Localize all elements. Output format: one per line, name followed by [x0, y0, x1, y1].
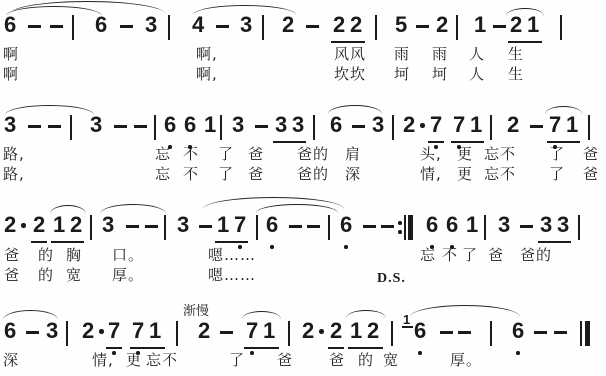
lyric-syllable: 厚。 [450, 352, 482, 369]
rhythm-dot [420, 123, 425, 128]
lyric-syllable: 不 [183, 166, 199, 183]
beam-line [130, 347, 165, 349]
lyric-syllable: 爸 [329, 352, 345, 369]
octave-dot [250, 351, 254, 355]
lyric-syllable: 忘不 [484, 166, 516, 183]
barline [490, 321, 492, 346]
note-digit: 3 [177, 214, 189, 236]
lyric-syllable: 嗯…… [208, 267, 256, 284]
lyric-syllable: 了 [229, 352, 245, 369]
barline [578, 215, 580, 240]
note-digit: 3 [540, 214, 552, 236]
rhythm-dot [99, 329, 104, 334]
lyric-syllable: 厚。 [112, 267, 144, 284]
note-digit: 3 [557, 214, 569, 236]
duration-dash [458, 331, 471, 334]
barline [313, 115, 315, 140]
lyric-syllable: 爸 [4, 267, 20, 284]
note-digit: 2 [70, 214, 82, 236]
duration-dash [530, 125, 543, 128]
note-digit: 6 [164, 114, 176, 136]
note-digit: 5 [395, 14, 407, 36]
beam-line [273, 141, 306, 143]
duration-dash [493, 25, 506, 28]
lyric-syllable: 忘不 [146, 352, 178, 369]
lyric-syllable: 坎坎 [334, 66, 366, 83]
lyric-syllable: 宽 [383, 352, 399, 369]
slur [193, 5, 296, 15]
duration-dash [534, 331, 547, 334]
barline [72, 15, 74, 40]
lyric-syllable: 爸 [583, 146, 599, 163]
grace-note-beam [402, 326, 413, 328]
note-digit: 2 [330, 320, 342, 342]
lyric-syllable: 雨 [432, 46, 448, 63]
lyric-syllable: 头, [420, 146, 442, 163]
note-digit: 6 [446, 214, 458, 236]
duration-dash [363, 225, 376, 228]
lyric-syllable: 坷 [394, 66, 410, 83]
slur [410, 305, 520, 317]
lyric-syllable: 路, [3, 146, 25, 163]
lyric-syllable: 情, [92, 352, 114, 369]
lyric-syllable: 胸 [66, 247, 82, 264]
barline [90, 215, 92, 240]
lyric-syllable: 肩 [345, 146, 361, 163]
note-digit: 3 [372, 114, 384, 136]
note-digit: 7 [549, 114, 561, 136]
note-digit: 6 [184, 114, 196, 136]
duration-dash [145, 225, 158, 228]
lyric-syllable: 爸 [248, 166, 264, 183]
barline [176, 321, 178, 346]
note-digit: 2 [436, 14, 448, 36]
note-digit: 3 [145, 14, 157, 36]
rhythm-dot [21, 223, 26, 228]
duration-dash [352, 125, 365, 128]
note-digit: 1 [474, 14, 486, 36]
slur [328, 105, 382, 114]
barline [164, 215, 166, 240]
barline [262, 15, 264, 40]
lyric-syllable: 宽 [66, 267, 82, 284]
duration-dash [220, 331, 233, 334]
lyric-syllable: 了 [218, 146, 234, 163]
barline [220, 115, 222, 140]
note-digit: 7 [430, 114, 442, 136]
note-digit: 2 [302, 320, 314, 342]
note-digit: 6 [4, 14, 16, 36]
lyric-syllable: 人 [469, 46, 485, 63]
lyric-syllable: 情, [420, 166, 442, 183]
slur [100, 204, 166, 214]
beam-line [215, 241, 248, 243]
lyric-syllable: 路, [3, 166, 25, 183]
note-digit: 7 [234, 214, 246, 236]
sheet-music: 6634322252121啊啊,风风雨雨人生啊啊,坎坎坷坷人生336613336… [0, 0, 606, 376]
barline [456, 15, 458, 40]
note-digit: 6 [414, 320, 426, 342]
barline [391, 321, 393, 346]
note-digit: 6 [340, 214, 352, 236]
duration-dash [26, 331, 39, 334]
note-digit: 6 [4, 320, 16, 342]
note-digit: 1 [566, 114, 578, 136]
duration-dash [126, 225, 139, 228]
barline [392, 115, 394, 140]
lyric-syllable: 啊 [3, 66, 19, 83]
slur [3, 310, 58, 320]
note-digit: 6 [512, 320, 524, 342]
lyric-syllable: 的 [358, 352, 374, 369]
note-digit: 7 [132, 320, 144, 342]
beam-line [106, 347, 122, 349]
beam-line [31, 241, 47, 243]
repeat-dot [398, 230, 402, 234]
note-digit: 3 [275, 114, 287, 136]
note-digit: 1 [470, 114, 482, 136]
duration-dash [307, 225, 320, 228]
lyric-syllable: 爸 [488, 247, 504, 264]
note-digit: 2 [350, 14, 362, 36]
beam-line [508, 41, 542, 43]
lyric-syllable: 嗯…… [208, 247, 256, 264]
duration-dash [120, 25, 133, 28]
lyric-syllable: 了 [462, 247, 478, 264]
duration-dash [255, 125, 268, 128]
barline [490, 115, 492, 140]
beam-line [348, 347, 383, 349]
lyric-syllable: 啊, [196, 46, 218, 63]
duration-dash [50, 25, 63, 28]
lyric-syllable: 坷 [432, 66, 448, 83]
beam-line [51, 241, 84, 243]
lyric-syllable: 的 [38, 267, 54, 284]
final-barline [580, 321, 582, 346]
barline [484, 215, 486, 240]
duration-dash [199, 225, 212, 228]
rhythm-dot [319, 329, 324, 334]
note-digit: 1 [53, 214, 65, 236]
note-digit: 3 [102, 214, 114, 236]
repeat-barline [404, 215, 406, 240]
note-digit: 1 [350, 320, 362, 342]
lyric-syllable: 更 [126, 352, 142, 369]
ds-marking: D.S. [377, 271, 406, 287]
slur [242, 311, 281, 319]
lyric-syllable: 不 [442, 247, 458, 264]
duration-dash [48, 125, 61, 128]
note-digit: 1 [149, 320, 161, 342]
duration-dash [554, 331, 567, 334]
lyric-syllable: 爸 [4, 247, 20, 264]
note-digit: 2 [507, 114, 519, 136]
lyric-syllable: 深 [3, 352, 19, 369]
lyric-syllable: 更 [457, 146, 473, 163]
note-digit: 7 [108, 320, 120, 342]
slur [346, 310, 386, 318]
note-digit: 2 [510, 14, 522, 36]
note-digit: 2 [198, 320, 210, 342]
lyric-syllable: 了 [549, 146, 565, 163]
note-digit: 6 [95, 14, 107, 36]
note-digit: 1 [204, 114, 216, 136]
lyric-syllable: 忘 [155, 166, 171, 183]
slur [506, 8, 544, 16]
note-digit: 6 [426, 214, 438, 236]
lyric-syllable: 人 [469, 66, 485, 83]
lyric-syllable: 啊, [196, 66, 218, 83]
note-digit: 2 [367, 320, 379, 342]
lyric-syllable: 不 [183, 146, 199, 163]
note-digit: 1 [263, 320, 275, 342]
duration-dash [440, 331, 453, 334]
lyric-syllable: 了 [549, 166, 565, 183]
tempo-marking: 渐慢 [183, 300, 209, 319]
lyric-syllable: 爸 [583, 166, 599, 183]
duration-dash [416, 25, 429, 28]
barline [288, 321, 290, 346]
octave-dot [270, 245, 274, 249]
beam-line [428, 141, 444, 143]
note-digit: 2 [403, 114, 415, 136]
lyric-syllable: 了 [218, 166, 234, 183]
repeat-barline-thick [408, 215, 413, 240]
slur [545, 106, 582, 114]
note-digit: 3 [232, 114, 244, 136]
barline [328, 215, 330, 240]
lyric-syllable: 忘不 [484, 146, 516, 163]
lyric-syllable: 爸 [277, 352, 293, 369]
note-digit: 2 [333, 14, 345, 36]
note-digit: 3 [240, 14, 252, 36]
lyric-syllable: 口。 [112, 247, 144, 264]
lyric-syllable: 忘 [155, 146, 171, 163]
beam-line [451, 141, 484, 143]
note-digit: 7 [453, 114, 465, 136]
octave-dot [516, 351, 520, 355]
note-digit: 2 [33, 214, 45, 236]
final-barline-thick [585, 321, 590, 346]
note-digit: 7 [246, 320, 258, 342]
beam-line [538, 241, 571, 243]
barline [256, 215, 258, 240]
slur [50, 205, 86, 214]
note-digit: 4 [192, 14, 204, 36]
beam-line [331, 41, 365, 43]
barline [375, 15, 377, 40]
lyric-syllable: 的 [38, 247, 54, 264]
note-digit: 2 [4, 214, 16, 236]
barline [560, 15, 562, 40]
note-digit: 1 [217, 214, 229, 236]
duration-dash [28, 125, 41, 128]
lyric-syllable: 爸的 [297, 166, 329, 183]
repeat-dot [398, 221, 402, 225]
lyric-syllable: 爸 [248, 146, 264, 163]
lyric-syllable: 深 [345, 166, 361, 183]
lyric-syllable: 忘 [420, 247, 436, 264]
duration-dash [134, 125, 147, 128]
barline [168, 15, 170, 40]
beam-line [244, 347, 279, 349]
barline [70, 115, 72, 140]
octave-dot [344, 245, 348, 249]
duration-dash [289, 225, 302, 228]
duration-dash [520, 225, 533, 228]
barline [154, 115, 156, 140]
lyric-syllable: 生 [508, 66, 524, 83]
beam-line [547, 141, 580, 143]
note-digit: 6 [330, 114, 342, 136]
note-digit: 1 [527, 14, 539, 36]
slur [5, 105, 94, 115]
barline [66, 321, 68, 346]
note-digit: 2 [282, 14, 294, 36]
note-digit: 3 [292, 114, 304, 136]
lyric-syllable: 更 [457, 166, 473, 183]
lyric-syllable: 爸的 [520, 247, 552, 264]
slur [10, 1, 165, 14]
note-digit: 2 [82, 320, 94, 342]
note-digit: 3 [46, 320, 58, 342]
duration-dash [216, 25, 229, 28]
duration-dash [381, 225, 394, 228]
grace-note: 1 [403, 313, 410, 326]
lyric-syllable: 雨 [394, 46, 410, 63]
note-digit: 3 [4, 114, 16, 136]
barline [588, 115, 590, 140]
note-digit: 3 [498, 214, 510, 236]
lyric-syllable: 爸的 [297, 146, 329, 163]
lyric-syllable: 生 [508, 46, 524, 63]
lyric-syllable: 啊 [3, 46, 19, 63]
note-digit: 1 [466, 214, 478, 236]
note-digit: 6 [266, 214, 278, 236]
octave-dot [418, 351, 422, 355]
duration-dash [28, 25, 41, 28]
lyric-syllable: 风风 [334, 46, 366, 63]
duration-dash [306, 25, 319, 28]
note-digit: 3 [90, 114, 102, 136]
beam-line [328, 347, 344, 349]
duration-dash [114, 125, 127, 128]
